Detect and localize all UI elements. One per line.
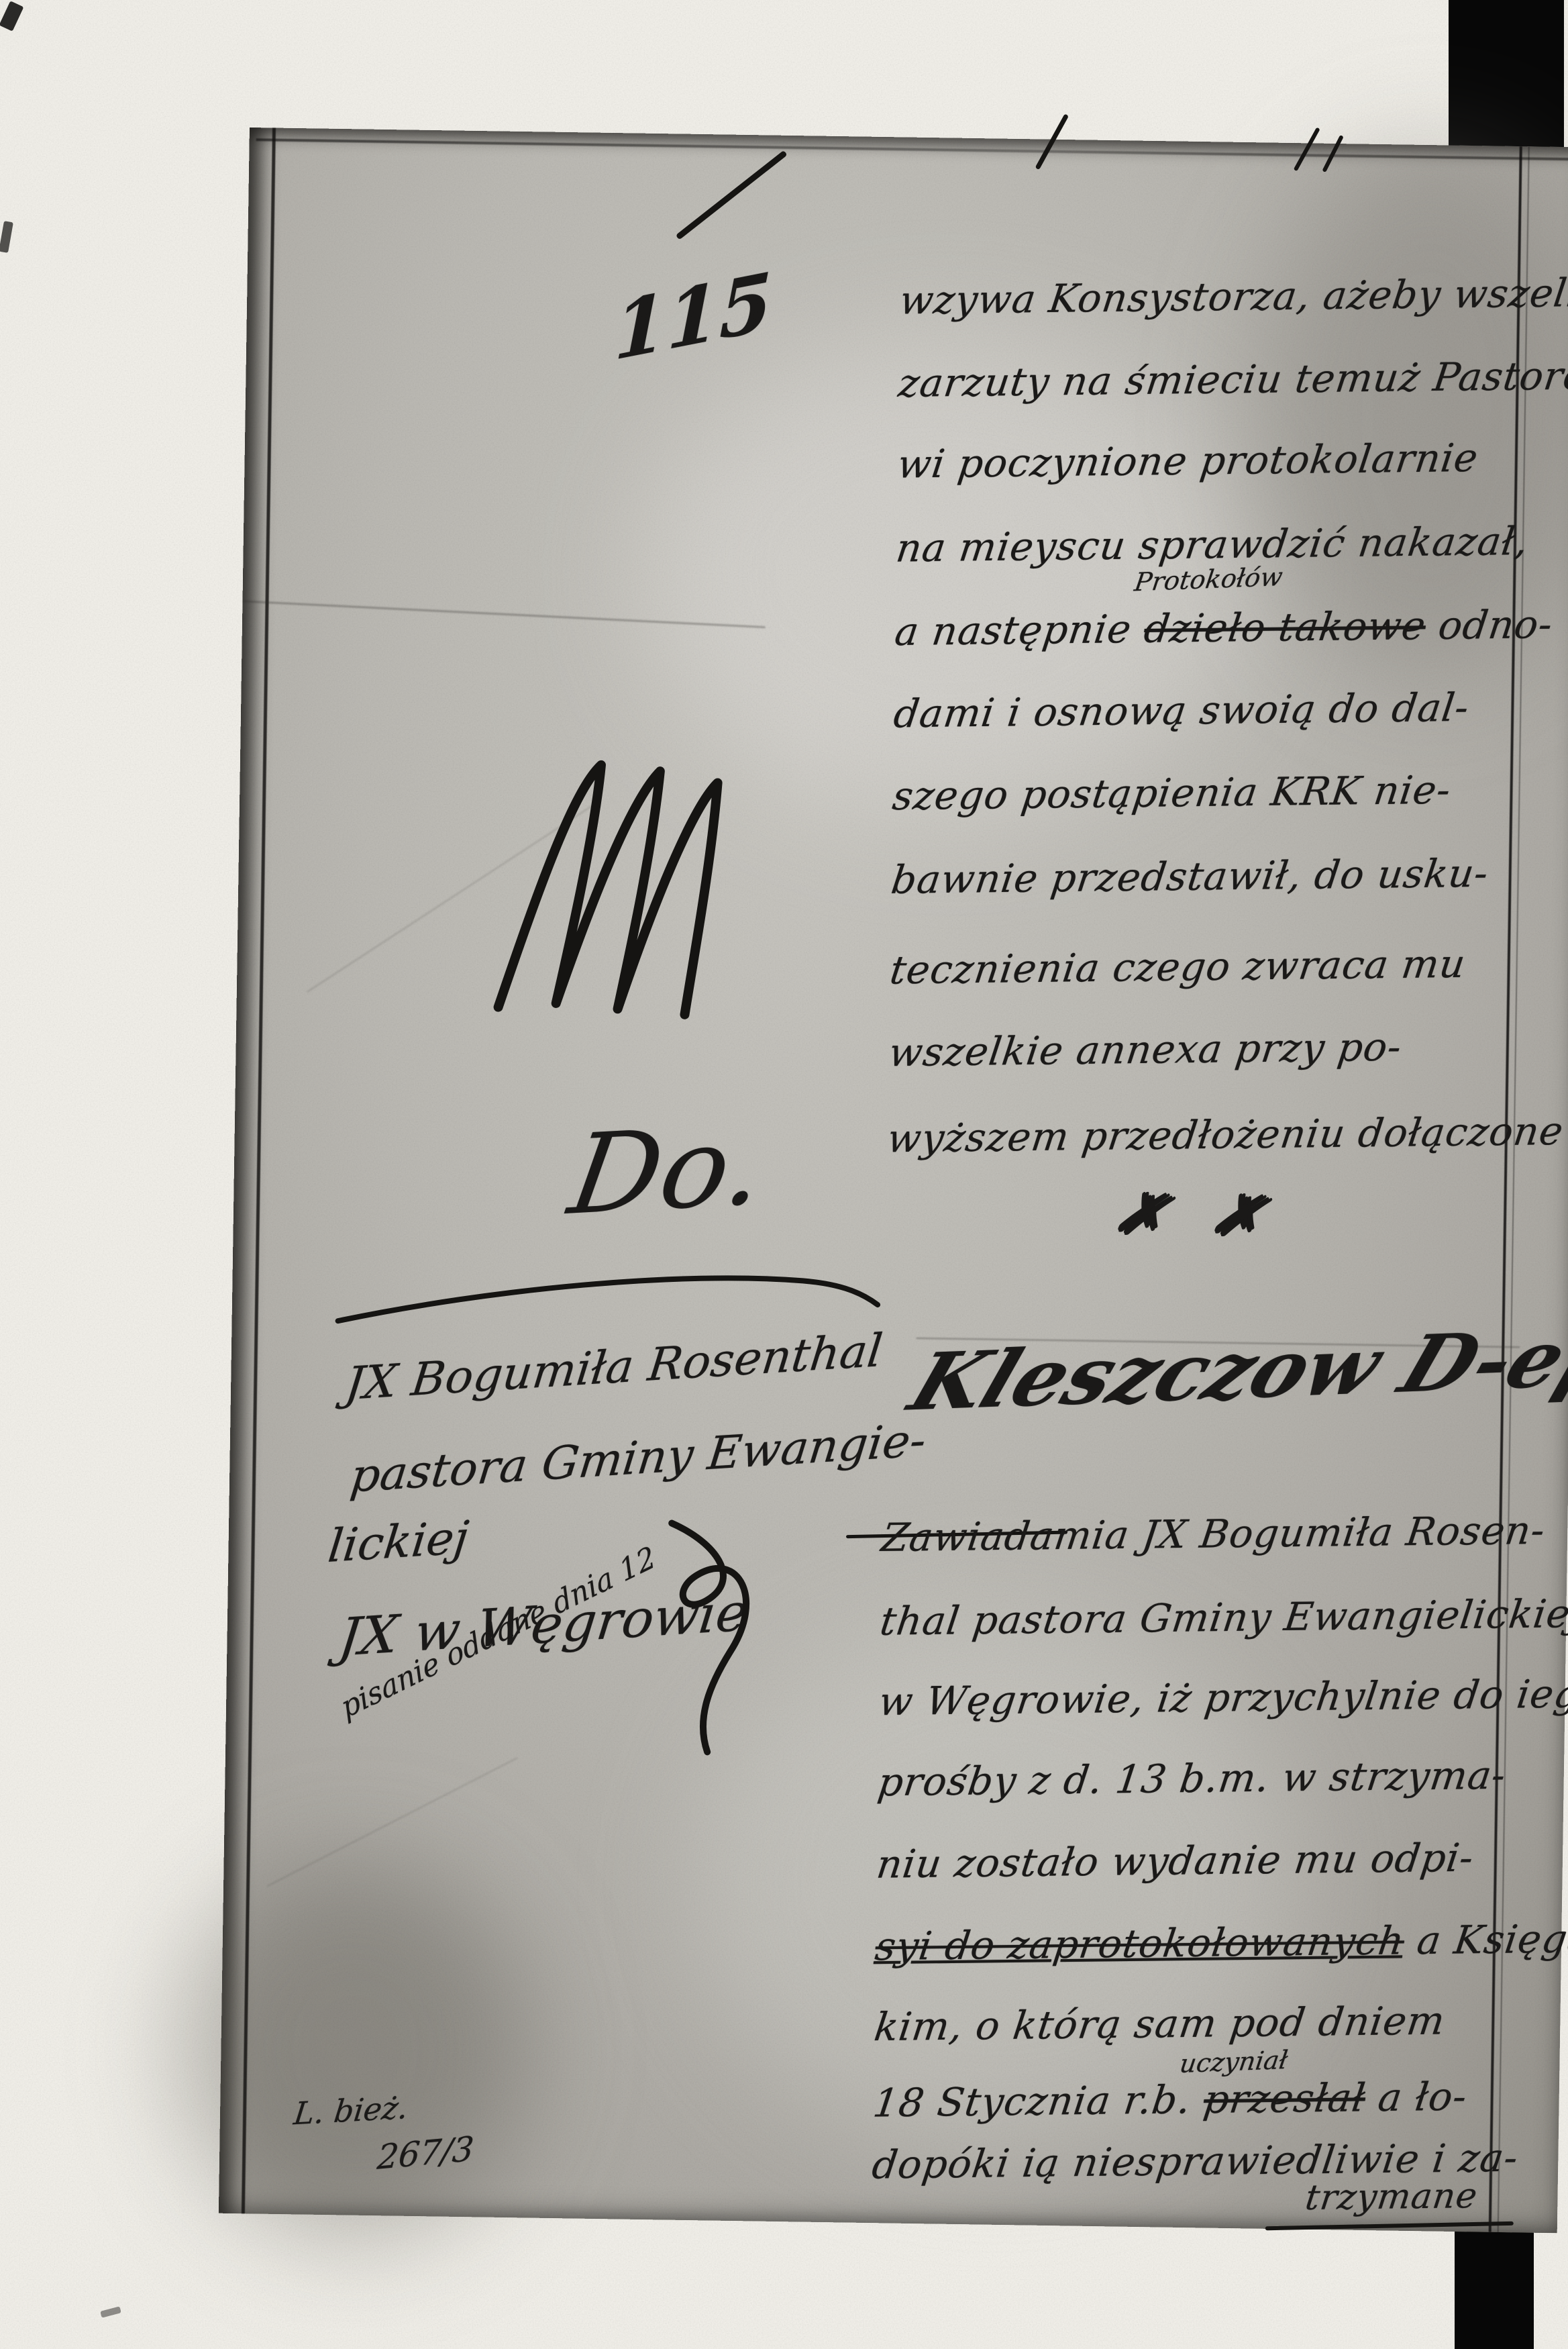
manuscript-page: 115 Do. JX Bogumiła Rosenthal pastora Gm… xyxy=(219,128,1568,2233)
body-line: zarzuty na śmieciu temuż Pastoro- xyxy=(896,352,1568,406)
body-line: kim, o którą sam pod dniem xyxy=(872,1998,1448,2050)
inserted-correction: Protokołów xyxy=(1133,562,1284,597)
body-line: prośby z d. 13 b.m. w strzyma- xyxy=(876,1752,1509,1805)
inserted-correction: uczyniał xyxy=(1178,2045,1290,2079)
body-line: tecznienia czego zwraca mu xyxy=(888,941,1469,993)
scanner-speck xyxy=(0,221,13,253)
body-line: wzywa Konsystorza, ażeby wszelkie xyxy=(897,269,1568,323)
body-line: dami i osnową swoią do dal- xyxy=(891,685,1471,736)
film-strip-top-right xyxy=(1449,0,1564,154)
official-signature: Kleszczow D-ep xyxy=(898,1310,1568,1428)
line-text: odno- xyxy=(1423,601,1556,648)
page-number: 115 xyxy=(613,255,773,379)
paper-dark-patch xyxy=(178,1858,532,2240)
body-line-with-strikethrough: syi do zaprotokołowanych a Księga- xyxy=(873,1915,1568,1969)
scanner-speck xyxy=(100,2306,121,2317)
address-line: pastora Gminy Ewangie- xyxy=(348,1414,929,1503)
scanner-speck xyxy=(0,1,23,32)
closing-word: trzymane xyxy=(1303,2176,1480,2218)
body-line: niu zostało wydanie mu odpi- xyxy=(874,1835,1477,1887)
line-text: a ło- xyxy=(1363,2074,1470,2121)
cutoff-ascender-stroke xyxy=(1035,113,1069,170)
check-x-mark: ✗ xyxy=(1104,1176,1184,1252)
closing-underline-flourish xyxy=(1265,2221,1514,2230)
struck-text: przesłał xyxy=(1201,2075,1368,2122)
page-top-edge-line xyxy=(256,138,1568,160)
pen-flourish-mark xyxy=(491,749,784,1021)
body-line: na mieyscu sprawdzić nakazał, xyxy=(894,518,1531,570)
scanned-archive-photo: { "colors": { "ink": "#1a1918", "paper":… xyxy=(0,0,1568,2349)
cutoff-ascender-stroke xyxy=(1294,127,1320,171)
ledger-note-word: L. bież. xyxy=(292,2089,410,2132)
body-line-with-strikethrough: 18 Stycznia r.b. przesłał a ło- xyxy=(871,2074,1470,2126)
check-x-mark: ✗ xyxy=(1200,1177,1280,1253)
struck-text: dzieło takowe xyxy=(1141,603,1428,652)
film-strip-bottom-right xyxy=(1455,2230,1534,2349)
body-line: szego postąpienia KRK nie- xyxy=(890,767,1454,819)
body-line: bawnie przedstawił, do usku- xyxy=(889,850,1492,903)
body-line: wszelkie annexa przy po- xyxy=(886,1024,1404,1075)
struck-underlined-text: syi do zaprotokołowanych xyxy=(873,1918,1408,1970)
line-text: 18 Stycznia r.b. xyxy=(871,2077,1207,2126)
line-text: a następnie xyxy=(892,606,1147,654)
body-line-with-strikethrough: a następnie dzieło takowe odno- xyxy=(892,601,1555,654)
delivery-note-paraph xyxy=(628,1516,779,1760)
body-line: w Węgrowie, iż przychylnie do iego xyxy=(876,1670,1568,1724)
page-number-flourish xyxy=(676,150,788,240)
salutation: Do. xyxy=(562,1101,773,1239)
address-line: lickiej xyxy=(325,1511,471,1573)
body-line: thal pastora Gminy Ewangielickiej xyxy=(878,1591,1568,1644)
line-text: a Księga- xyxy=(1402,1915,1568,1963)
body-line: wyższem przedłożeniu dołączone xyxy=(885,1108,1567,1161)
body-line: wi poczynione protokolarnie xyxy=(895,435,1481,487)
body-line: Zawiadamia JX Bogumiła Rosen- xyxy=(879,1507,1548,1560)
